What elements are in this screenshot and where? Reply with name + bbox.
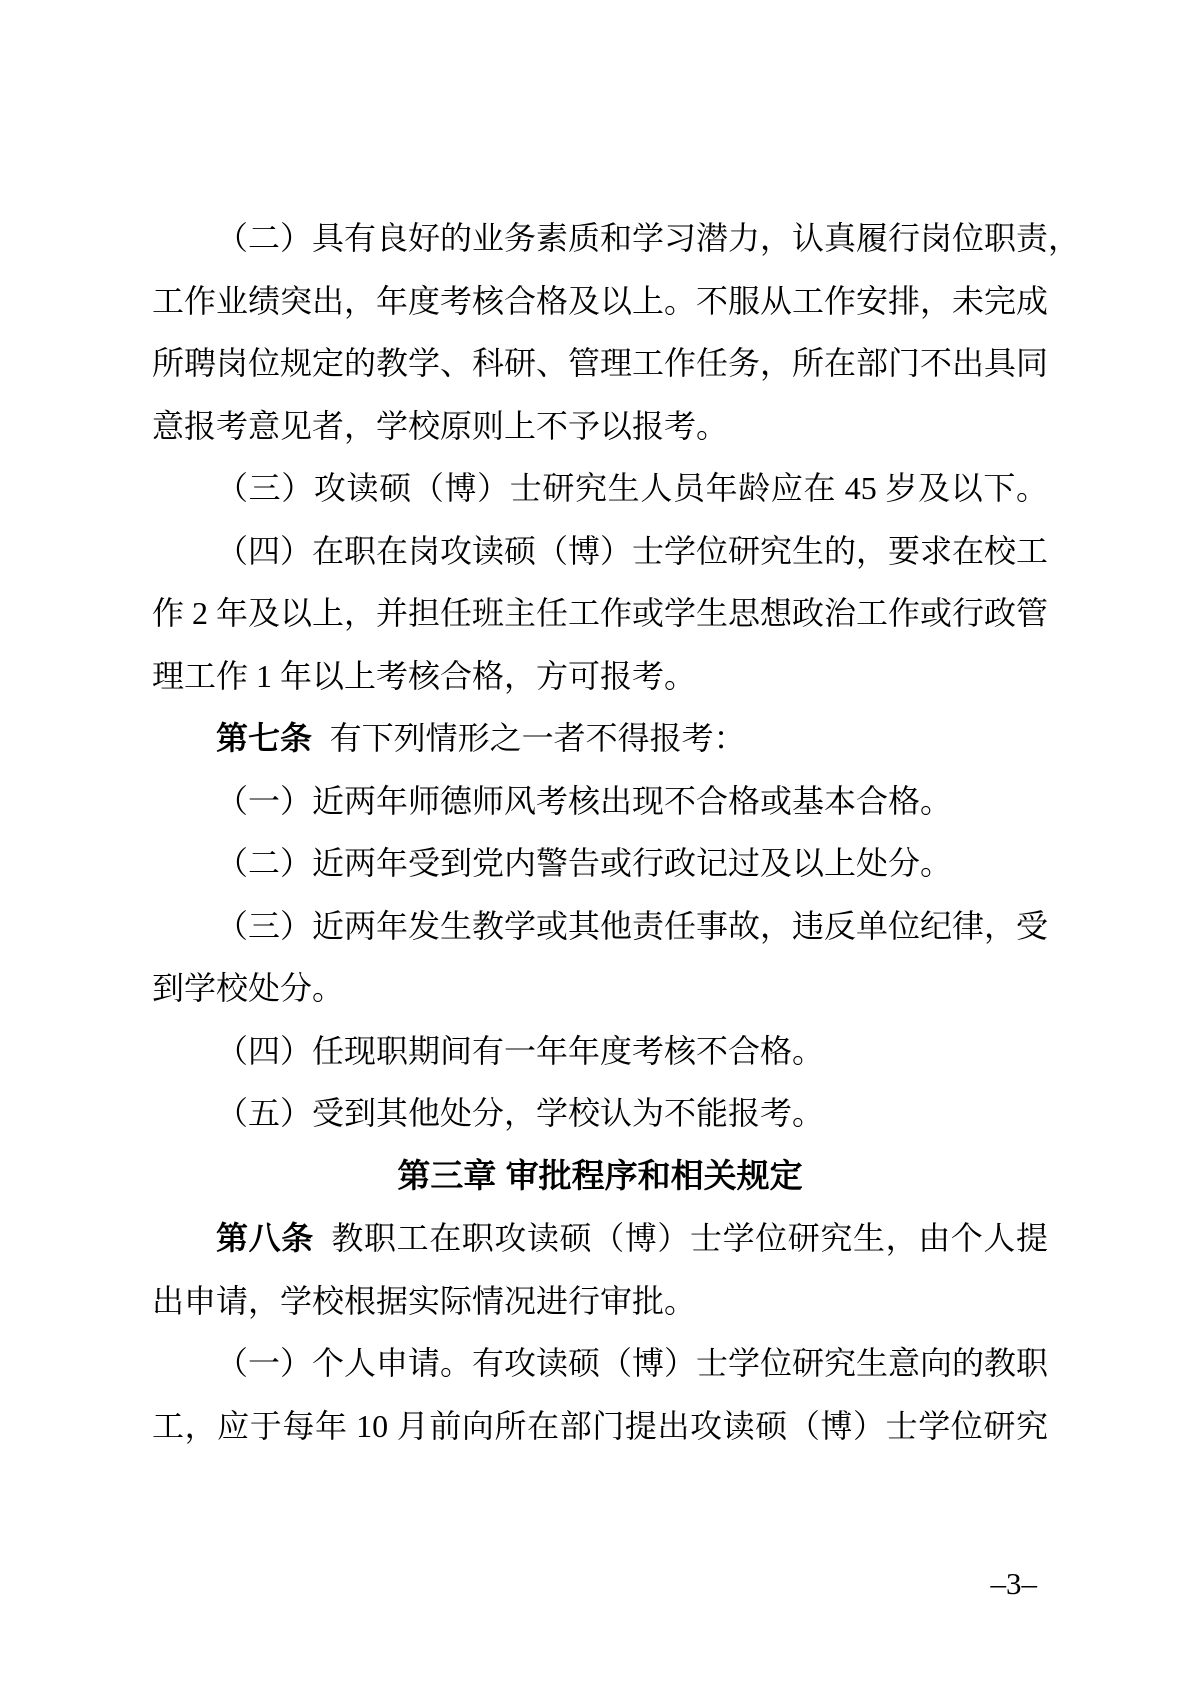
line-text: 工，应于每年 10 月前向所在部门提出攻读硕（博）士学位研究: [152, 1408, 1048, 1444]
body-line: （二）具有良好的业务素质和学习潜力，认真履行岗位职责，: [152, 207, 1048, 270]
line-text: （一）个人申请。有攻读硕（博）士学位研究生意向的教职: [216, 1345, 1048, 1381]
line-text: （一）近两年师德师风考核出现不合格或基本合格。: [216, 783, 952, 819]
line-text: （五）受到其他处分，学校认为不能报考。: [216, 1095, 824, 1131]
body-line: （三）近两年发生教学或其他责任事故，违反单位纪律，受: [152, 895, 1048, 958]
chapter-heading: 第三章 审批程序和相关规定: [152, 1145, 1048, 1208]
document-body: （二）具有良好的业务素质和学习潜力，认真履行岗位职责，工作业绩突出，年度考核合格…: [152, 207, 1048, 1457]
body-line: （三）攻读硕（博）士研究生人员年龄应在 45 岁及以下。: [152, 457, 1048, 520]
body-line: （二）近两年受到党内警告或行政记过及以上处分。: [152, 832, 1048, 895]
line-text: 教职工在职攻读硕（博）士学位研究生，由个人提: [331, 1220, 1048, 1256]
line-text: （四）在职在岗攻读硕（博）士学位研究生的，要求在校工: [216, 533, 1048, 569]
body-line: 所聘岗位规定的教学、科研、管理工作任务，所在部门不出具同: [152, 332, 1048, 395]
body-line: 到学校处分。: [152, 957, 1048, 1020]
line-text: 到学校处分。: [152, 970, 344, 1006]
body-line: （五）受到其他处分，学校认为不能报考。: [152, 1082, 1048, 1145]
line-text: 出申请，学校根据实际情况进行审批。: [152, 1283, 696, 1319]
body-line: 作 2 年及以上，并担任班主任工作或学生思想政治工作或行政管: [152, 582, 1048, 645]
line-text: 意报考意见者，学校原则上不予以报考。: [152, 408, 728, 444]
body-line: （一）近两年师德师风考核出现不合格或基本合格。: [152, 770, 1048, 833]
body-line: 第八条教职工在职攻读硕（博）士学位研究生，由个人提: [152, 1207, 1048, 1270]
line-text: 所聘岗位规定的教学、科研、管理工作任务，所在部门不出具同: [152, 345, 1048, 381]
body-line: 工，应于每年 10 月前向所在部门提出攻读硕（博）士学位研究: [152, 1395, 1048, 1458]
line-text: 作 2 年及以上，并担任班主任工作或学生思想政治工作或行政管: [152, 595, 1048, 631]
body-line: （四）在职在岗攻读硕（博）士学位研究生的，要求在校工: [152, 520, 1048, 583]
line-text: （三）近两年发生教学或其他责任事故，违反单位纪律，受: [216, 908, 1048, 944]
body-line: （四）任现职期间有一年年度考核不合格。: [152, 1020, 1048, 1083]
body-line: 意报考意见者，学校原则上不予以报考。: [152, 395, 1048, 458]
line-text: （二）具有良好的业务素质和学习潜力，认真履行岗位职责，: [216, 220, 1080, 256]
line-text: （二）近两年受到党内警告或行政记过及以上处分。: [216, 845, 952, 881]
page-number: –3–: [991, 1566, 1038, 1602]
body-line: 第七条有下列情形之一者不得报考：: [152, 707, 1048, 770]
document-page: （二）具有良好的业务素质和学习潜力，认真履行岗位职责，工作业绩突出，年度考核合格…: [0, 0, 1191, 1684]
body-line: （一）个人申请。有攻读硕（博）士学位研究生意向的教职: [152, 1332, 1048, 1395]
article-number-label: 第八条: [216, 1220, 314, 1256]
line-text: （三）攻读硕（博）士研究生人员年龄应在 45 岁及以下。: [216, 470, 1048, 506]
body-line: 理工作 1 年以上考核合格，方可报考。: [152, 645, 1048, 708]
article-number-label: 第七条: [216, 720, 312, 756]
body-line: 出申请，学校根据实际情况进行审批。: [152, 1270, 1048, 1333]
line-text: 有下列情形之一者不得报考：: [330, 720, 746, 756]
line-text: 工作业绩突出，年度考核合格及以上。不服从工作安排，未完成: [152, 283, 1048, 319]
line-text: 第三章 审批程序和相关规定: [397, 1157, 802, 1194]
line-text: 理工作 1 年以上考核合格，方可报考。: [152, 658, 696, 694]
line-text: （四）任现职期间有一年年度考核不合格。: [216, 1033, 824, 1069]
body-line: 工作业绩突出，年度考核合格及以上。不服从工作安排，未完成: [152, 270, 1048, 333]
